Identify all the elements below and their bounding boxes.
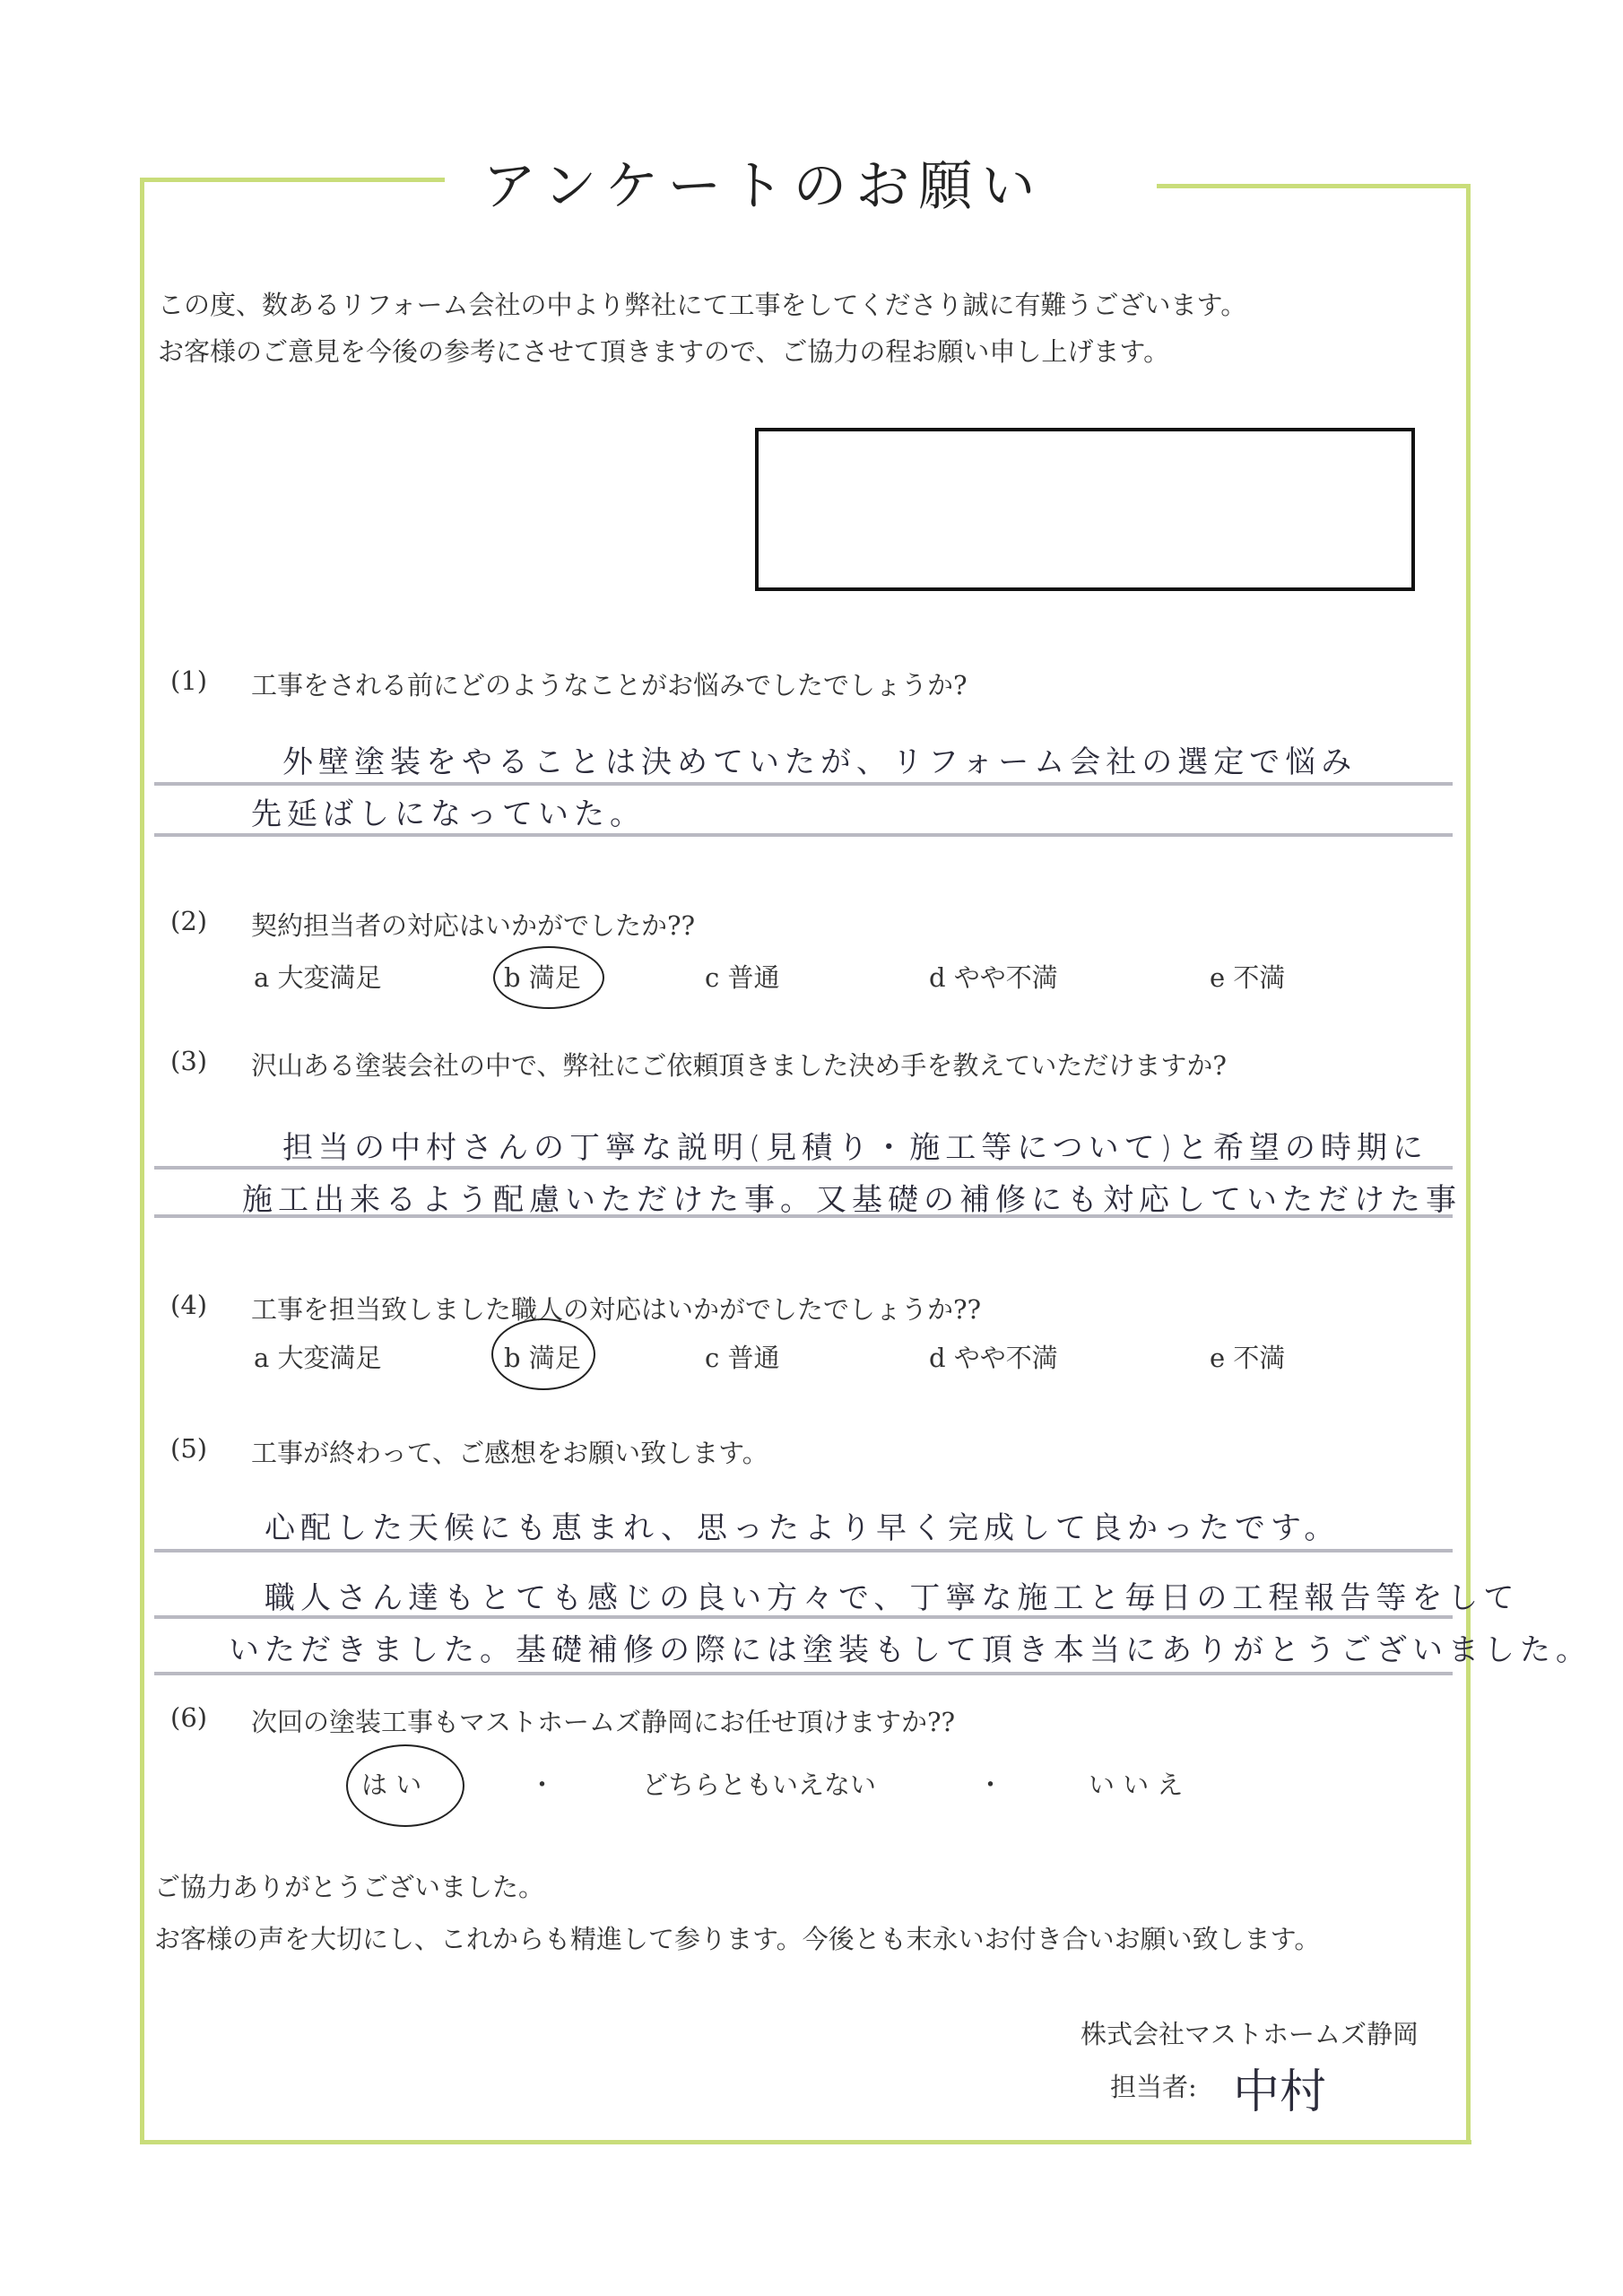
q2-option-e[interactable]: e 不満: [1210, 958, 1285, 995]
staff-label: 担当者:: [1110, 2067, 1197, 2104]
q4-option-c[interactable]: c 普通: [705, 1338, 779, 1375]
intro-line-1: この度、数あるリフォーム会社の中より弊社にて工事をしてくださり誠に有難うございま…: [158, 285, 1246, 322]
q4-option-e[interactable]: e 不満: [1210, 1338, 1285, 1375]
q1-number: (1): [170, 665, 207, 696]
q6-number: (6): [170, 1702, 207, 1733]
q3-rule-2: [154, 1214, 1453, 1218]
q5-number: (5): [170, 1433, 207, 1464]
q2-selected-circle: [493, 946, 604, 1009]
q4-selected-circle: [491, 1318, 595, 1390]
closing-line-1: ご協力ありがとうございました。: [154, 1867, 544, 1904]
frame-top-left: [140, 178, 445, 182]
q5-answer-line-3: いただきました。基礎補修の際には塗装もして頂き本当にありがとうございました。: [229, 1625, 1592, 1669]
q1-answer-line-1: 外壁塗装をやることは決めていたが、リフォーム会社の選定で悩み: [282, 737, 1357, 781]
q5-rule-1: [154, 1549, 1453, 1552]
q6-separator-2: ・: [977, 1765, 1003, 1802]
q6-text: 次回の塗装工事もマストホームズ静岡にお任せ頂けますか??: [251, 1702, 955, 1739]
q4-number: (4): [170, 1290, 207, 1320]
q6-option-neither[interactable]: どちらともいえない: [642, 1765, 876, 1802]
q4-option-d[interactable]: d やや不満: [929, 1338, 1058, 1375]
frame-left: [140, 178, 144, 2144]
q1-answer-line-2: 先延ばしになっていた。: [251, 789, 646, 833]
frame-top-right: [1157, 184, 1471, 188]
q1-rule-1: [154, 782, 1453, 786]
closing-line-2: お客様の声を大切にし、これからも精進して参ります。今後とも末永いお付き合いお願い…: [154, 1919, 1320, 1956]
q3-text: 沢山ある塗装会社の中で、弊社にご依頼頂きました決め手を教えていただけますか?: [251, 1046, 1227, 1083]
page-title: アンケートのお願い: [482, 143, 1044, 221]
q3-answer-line-2: 施工出来るよう配慮いただけた事。又基礎の補修にも対応していただけた事: [242, 1175, 1462, 1219]
company-name: 株式会社マストホームズ静岡: [1081, 2014, 1419, 2051]
q2-option-c[interactable]: c 普通: [705, 958, 779, 995]
q1-rule-2: [154, 833, 1453, 837]
q6-option-no[interactable]: い い え: [1089, 1765, 1183, 1802]
q3-number: (3): [170, 1046, 207, 1076]
q5-text: 工事が終わって、ご感想をお願い致します。: [251, 1433, 768, 1470]
q1-text: 工事をされる前にどのようなことがお悩みでしたでしょうか?: [251, 665, 968, 702]
q6-separator-1: ・: [529, 1765, 555, 1802]
q2-option-d[interactable]: d やや不満: [929, 958, 1058, 995]
q3-rule-1: [154, 1166, 1453, 1170]
q2-number: (2): [170, 906, 207, 936]
intro-line-2: お客様のご意見を今後の参考にさせて頂きますので、ご協力の程お願い申し上げます。: [158, 332, 1169, 369]
q2-text: 契約担当者の対応はいかがでしたか??: [251, 906, 695, 943]
q4-text: 工事を担当致しました職人の対応はいかがでしたでしょうか??: [251, 1290, 981, 1326]
q2-option-a[interactable]: a 大変満足: [254, 958, 382, 995]
q4-option-a[interactable]: a 大変満足: [254, 1338, 382, 1375]
q5-answer-line-2: 職人さん達もとても感じの良い方々で、丁寧な施工と毎日の工程報告等をして: [265, 1573, 1519, 1617]
q6-selected-circle: [346, 1744, 464, 1827]
redacted-name-box: [755, 428, 1415, 591]
q3-answer-line-1: 担当の中村さんの丁寧な説明(見積り・施工等について)と希望の時期に: [282, 1123, 1428, 1167]
q5-rule-3: [154, 1672, 1453, 1675]
q5-rule-2: [154, 1615, 1453, 1619]
frame-bottom: [140, 2140, 1471, 2144]
staff-signature: 中村: [1233, 2054, 1326, 2121]
frame-right: [1466, 184, 1471, 2144]
q5-answer-line-1: 心配した天候にも恵まれ、思ったより早く完成して良かったです。: [265, 1503, 1340, 1547]
